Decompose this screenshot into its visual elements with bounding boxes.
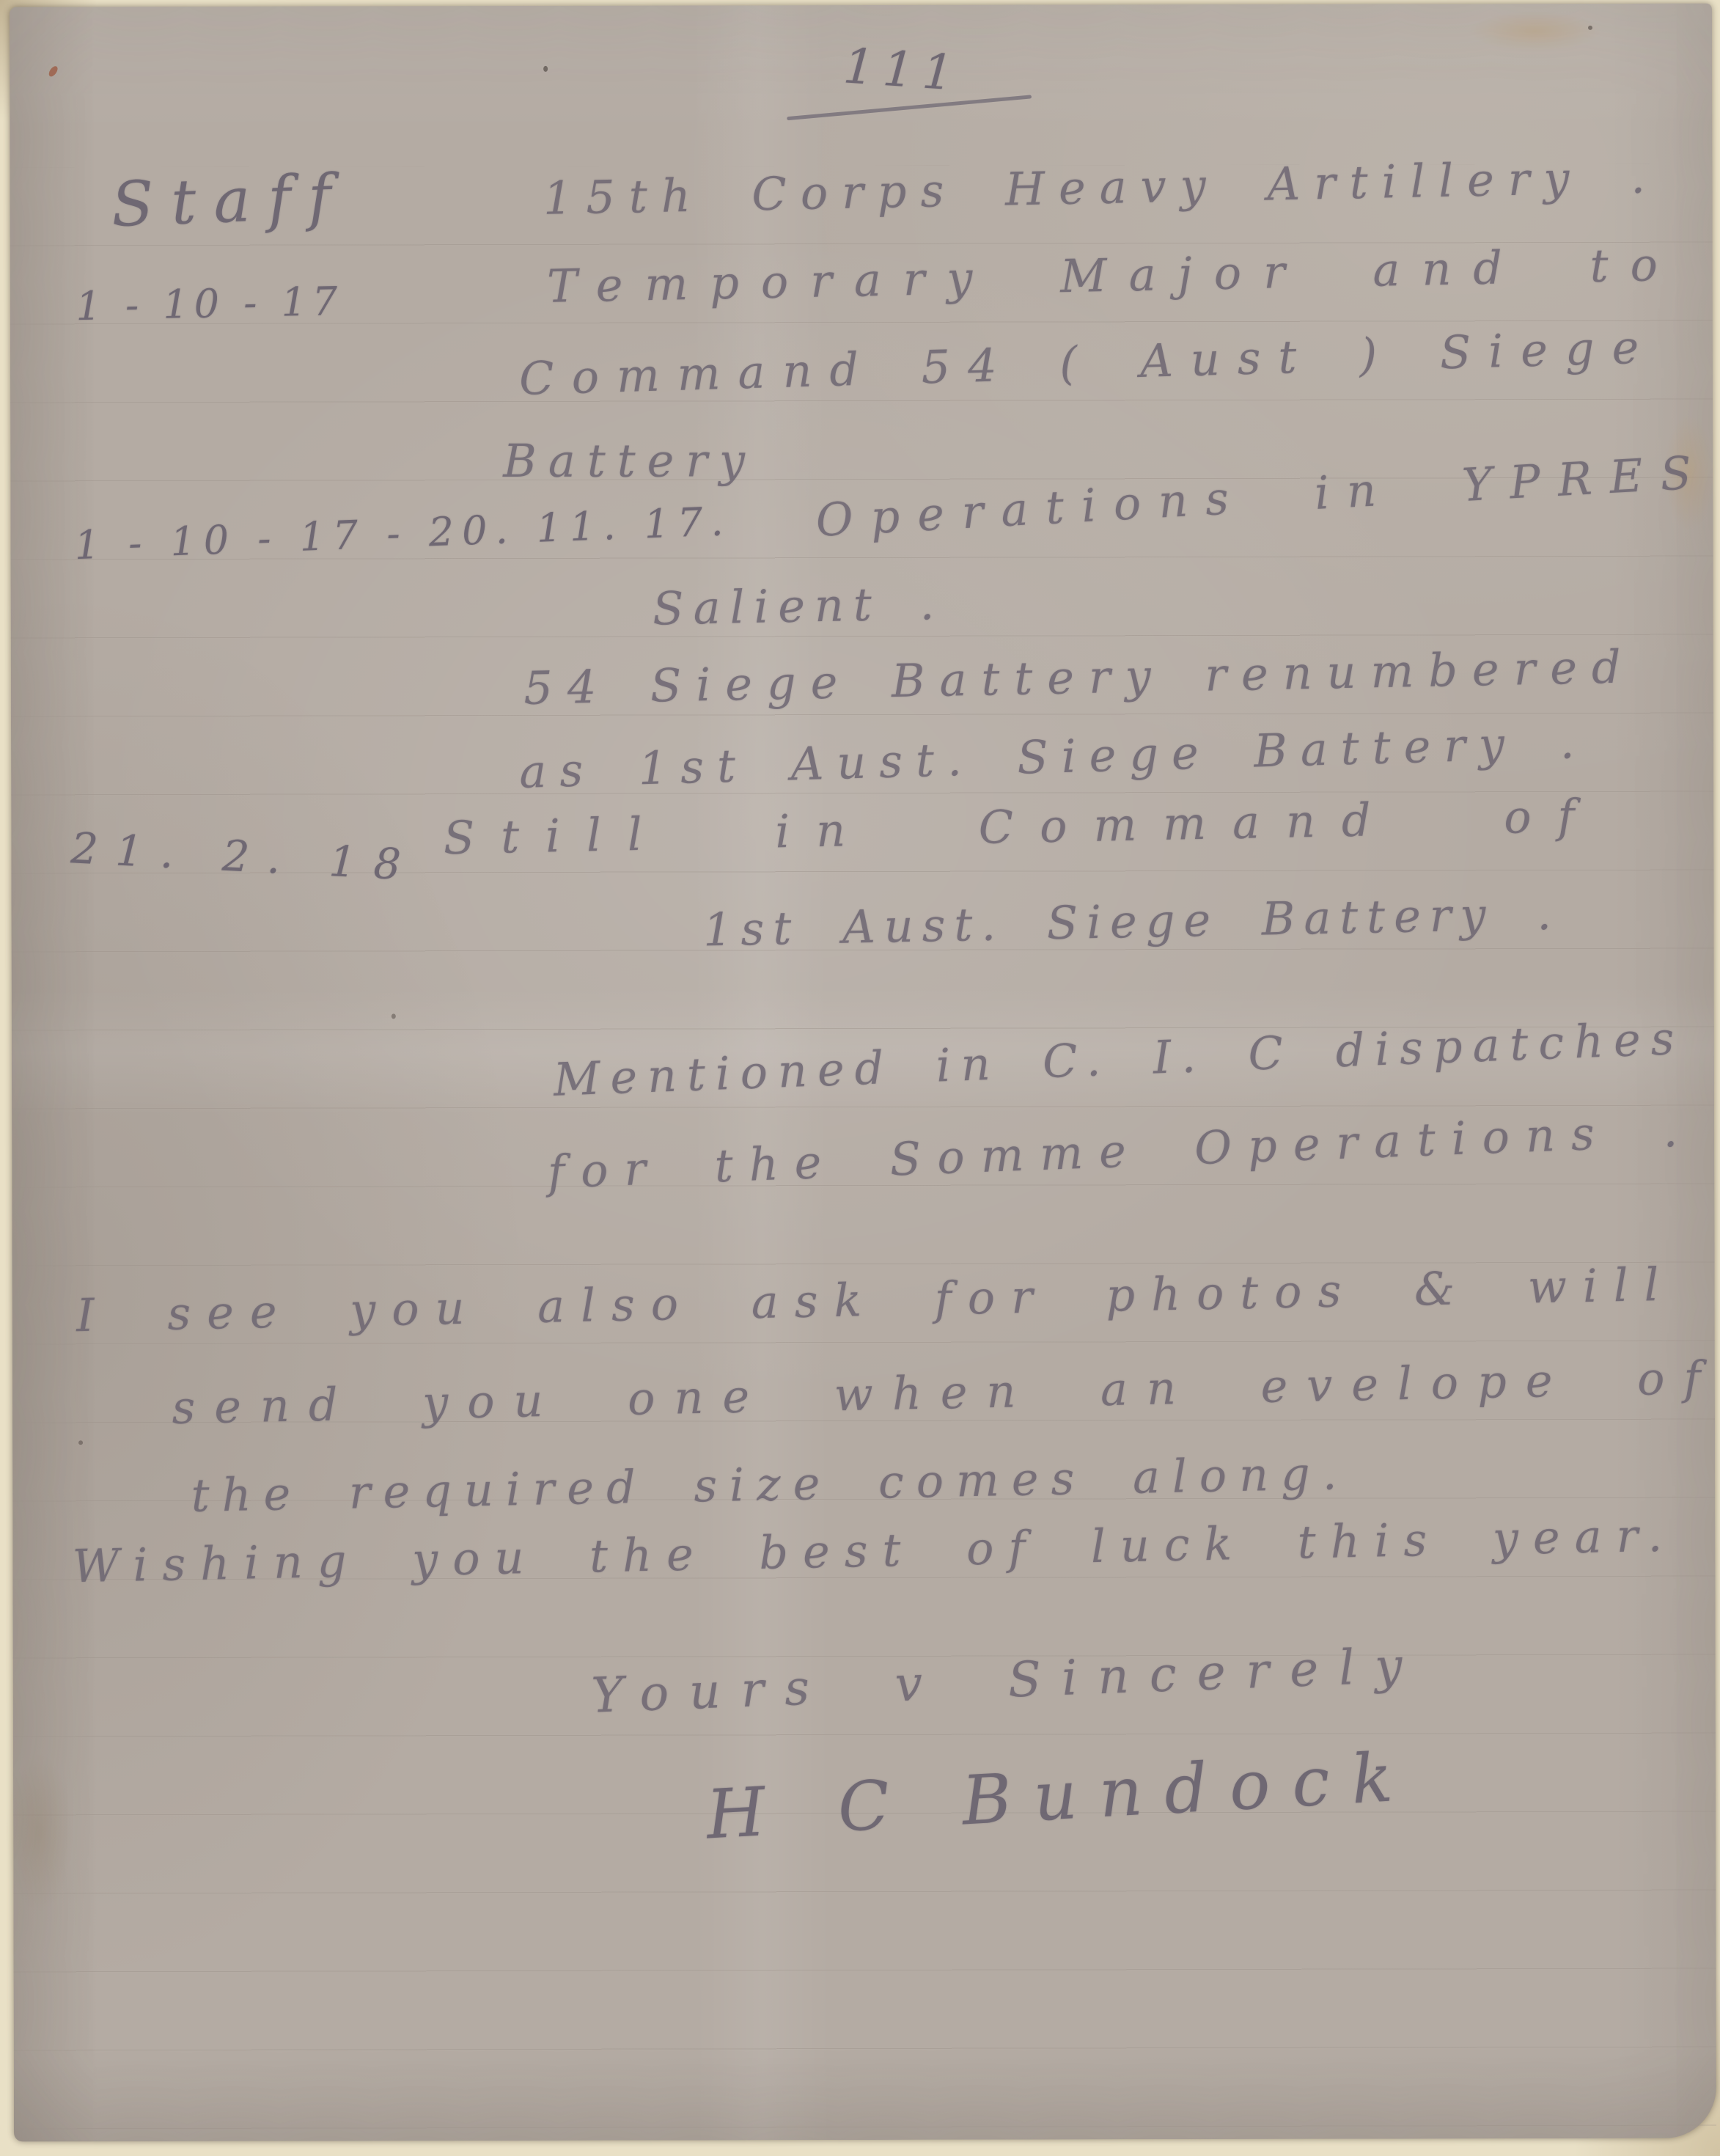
record-entry-line: Battery	[503, 438, 757, 484]
paper-speck	[543, 66, 548, 72]
page-number-underline	[787, 95, 1032, 120]
record-entry-line: Salient .	[653, 581, 944, 632]
paper-speck	[392, 1013, 396, 1019]
record-entry-label: 1 - 10 - 17	[76, 282, 344, 326]
paper-sheet: 111 Staff 15th Corps Heavy Artillery . 1…	[10, 4, 1716, 2142]
paper-speck	[47, 65, 59, 78]
paper-speck	[1588, 26, 1592, 30]
paper-speck	[78, 1440, 83, 1445]
record-entry-label: Staff	[110, 165, 349, 235]
page-number: 111	[842, 42, 963, 98]
scanned-letter-page: { "colors": { "paper": "#b4aba3", "backi…	[0, 0, 1720, 2156]
foxing-stain	[1469, 11, 1600, 51]
